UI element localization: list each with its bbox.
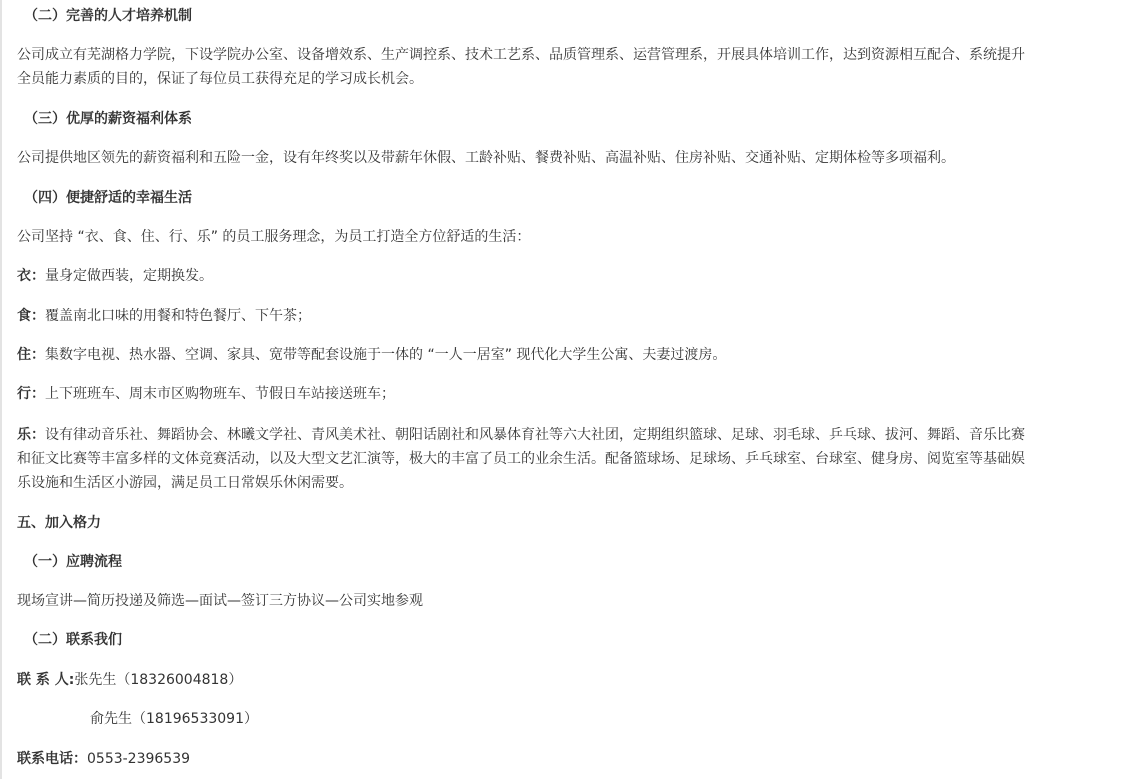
life-item-text: 覆盖南北口味的用餐和特色餐厅、下午茶；	[45, 308, 311, 324]
life-item-housing: 住：集数字电视、热水器、空调、家具、宽带等配套设施于一体的 “一人一居室” 现代…	[17, 345, 726, 365]
heading-life: （四）便捷舒适的幸福生活	[17, 188, 192, 208]
process-body: 现场宣讲—简历投递及筛选—面试—签订三方协议—公司实地参观	[17, 591, 423, 611]
talent-body-line1: 公司成立有芜湖格力学院，下设学院办公室、设备增效系、生产调控系、技术工艺系、品质…	[17, 45, 1025, 65]
life-item-label: 行：	[17, 386, 45, 402]
life-item-label: 食：	[17, 308, 45, 324]
life-item-text: 量身定做西装，定期换发。	[45, 268, 213, 284]
life-item-fun-line1: 乐：设有律动音乐社、舞蹈协会、林曦文学社、青风美术社、朝阳话剧社和风暴体育社等六…	[17, 425, 1025, 445]
heading-process: （一）应聘流程	[17, 552, 122, 572]
heading-talent: （二）完善的人才培养机制	[17, 6, 192, 26]
life-item-clothing: 衣：量身定做西装，定期换发。	[17, 266, 213, 286]
life-item-fun-line2: 和征文比赛等丰富多样的文体竞赛活动，以及大型文艺汇演等，极大的丰富了员工的业余生…	[17, 449, 1025, 469]
life-item-text: 集数字电视、热水器、空调、家具、宽带等配套设施于一体的 “一人一居室” 现代化大…	[45, 347, 726, 363]
heading-salary: （三）优厚的薪资福利体系	[17, 109, 192, 129]
contact-person-2: 俞先生（18196533091）	[17, 709, 258, 729]
talent-body-line2: 全员能力素质的目的，保证了每位员工获得充足的学习成长机会。	[17, 69, 423, 89]
contact-person-label: 联 系 人:	[17, 672, 74, 688]
contact-phone-number: 0553-2396539	[87, 751, 190, 767]
life-item-label: 乐：	[17, 427, 45, 443]
heading-contact: （二）联系我们	[17, 630, 122, 650]
contact-phone-row: 联系电话：0553-2396539	[17, 749, 190, 769]
life-item-transport: 行：上下班班车、周末市区购物班车、节假日车站接送班车；	[17, 384, 395, 404]
left-border	[0, 0, 2, 779]
contact-person-1: 张先生（18326004818）	[74, 672, 242, 688]
heading-join: 五、加入格力	[17, 513, 101, 533]
life-item-text: 上下班班车、周末市区购物班车、节假日车站接送班车；	[45, 386, 395, 402]
life-item-text: 设有律动音乐社、舞蹈协会、林曦文学社、青风美术社、朝阳话剧社和风暴体育社等六大社…	[45, 427, 1025, 443]
salary-body: 公司提供地区领先的薪资福利和五险一金，设有年终奖以及带薪年休假、工龄补贴、餐费补…	[17, 148, 955, 168]
life-item-fun-line3: 乐设施和生活区小游园，满足员工日常娱乐休闲需要。	[17, 473, 353, 493]
life-intro: 公司坚持 “衣、食、住、行、乐” 的员工服务理念，为员工打造全方位舒适的生活：	[17, 227, 530, 247]
life-item-label: 衣：	[17, 268, 45, 284]
contact-phone-label: 联系电话：	[17, 751, 87, 767]
life-item-label: 住：	[17, 347, 45, 363]
life-item-food: 食：覆盖南北口味的用餐和特色餐厅、下午茶；	[17, 306, 311, 326]
contact-person-row: 联 系 人:张先生（18326004818）	[17, 670, 242, 690]
